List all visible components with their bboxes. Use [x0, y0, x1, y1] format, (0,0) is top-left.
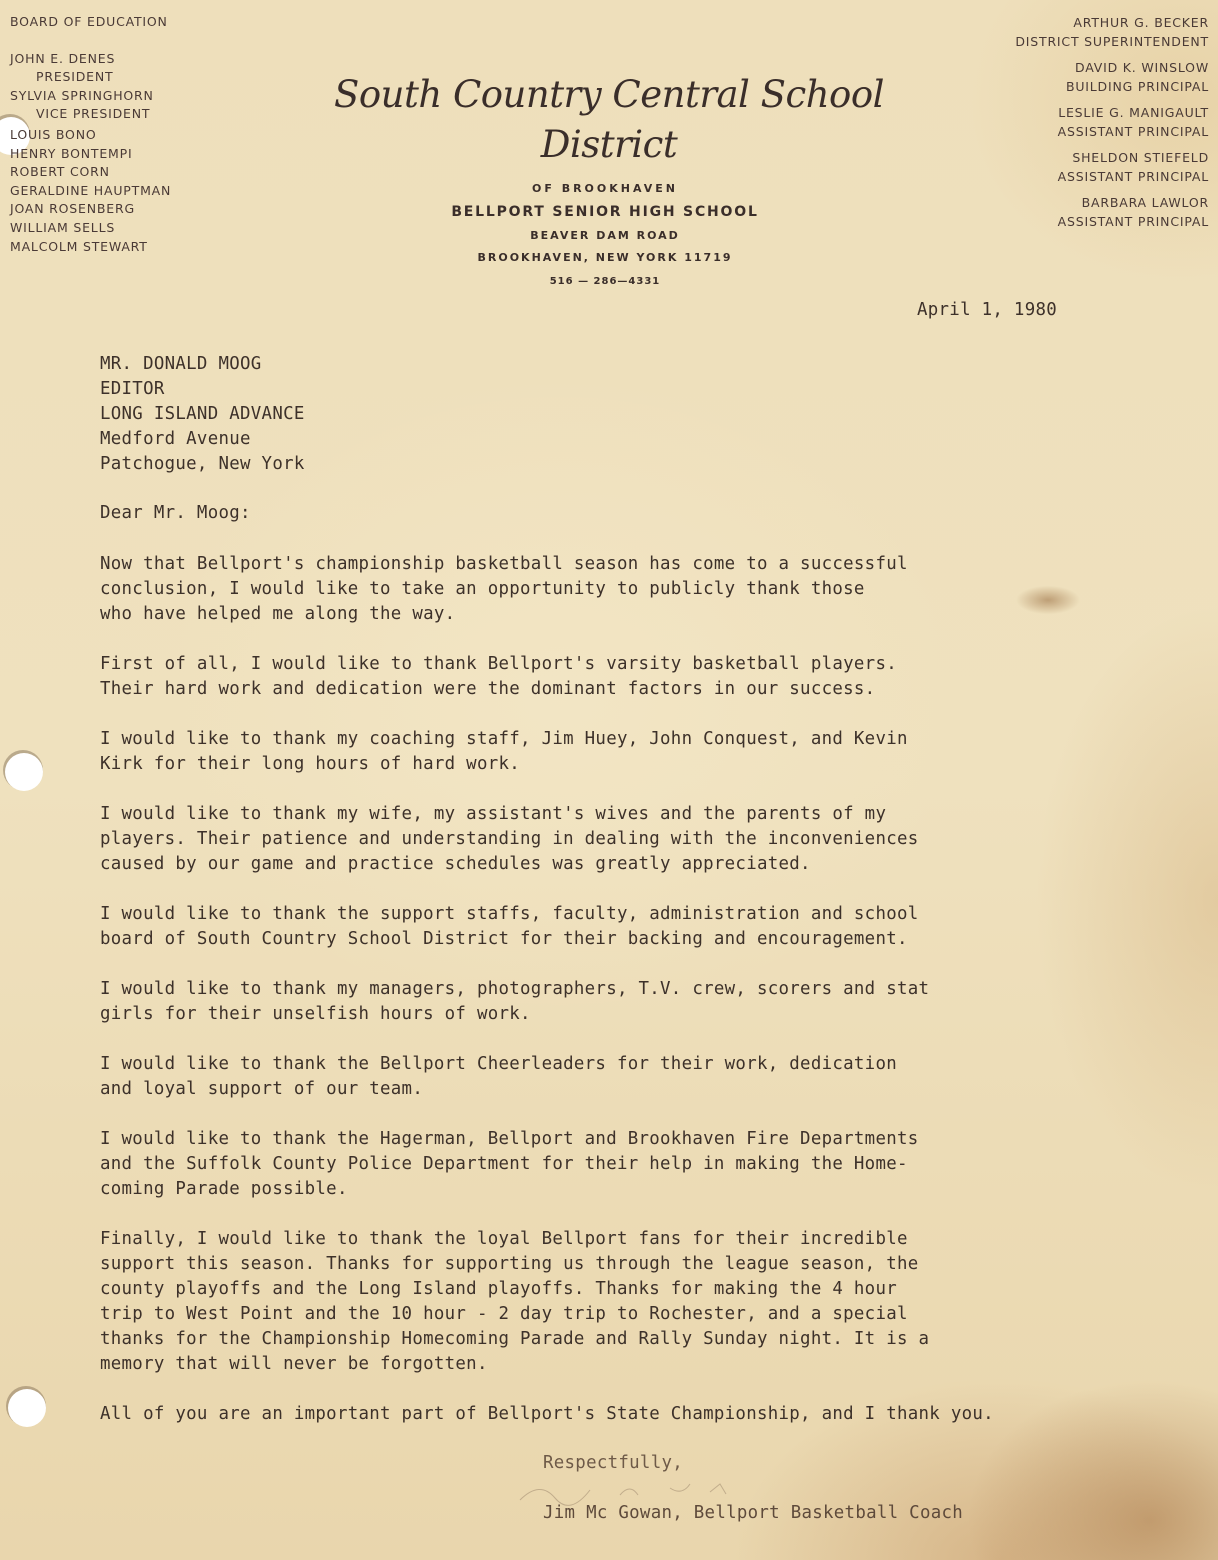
letter-body: Now that Bellport's championship basketb… — [100, 552, 1180, 1452]
admin-entry: SHELDON STIEFELD ASSISTANT PRINCIPAL — [1015, 149, 1209, 186]
school-city: BROOKHAVEN, NEW YORK 11719 — [280, 251, 930, 264]
board-member-name: ROBERT CORN — [10, 163, 171, 182]
admin-name: LESLIE G. MANIGAULT — [1015, 104, 1209, 123]
admin-entry: BARBARA LAWLOR ASSISTANT PRINCIPAL — [1015, 194, 1209, 231]
admin-entry: ARTHUR G. BECKER DISTRICT SUPERINTENDENT — [1015, 14, 1209, 51]
district-of-line: OF BROOKHAVEN — [280, 182, 930, 195]
admin-name: SHELDON STIEFELD — [1015, 149, 1209, 168]
admin-entry: DAVID K. WINSLOW BUILDING PRINCIPAL — [1015, 59, 1209, 96]
recipient-line: LONG ISLAND ADVANCE — [100, 402, 305, 427]
body-paragraph: I would like to thank my managers, photo… — [100, 977, 1180, 1027]
board-member-name: MALCOLM STEWART — [10, 238, 171, 257]
school-street: BEAVER DAM ROAD — [280, 229, 930, 242]
board-member-name: JOAN ROSENBERG — [10, 200, 171, 219]
punch-hole-middle — [5, 753, 43, 791]
board-member-name: SYLVIA SPRINGHORN — [10, 87, 171, 106]
admin-title: ASSISTANT PRINCIPAL — [1015, 213, 1209, 232]
school-phone: 516 — 286—4331 — [280, 276, 930, 287]
body-paragraph: Now that Bellport's championship basketb… — [100, 552, 1180, 627]
admin-title: DISTRICT SUPERINTENDENT — [1015, 33, 1209, 52]
board-of-education-list: BOARD OF EDUCATION JOHN E. DENES PRESIDE… — [10, 13, 171, 256]
board-member-name: WILLIAM SELLS — [10, 219, 171, 238]
admin-name: BARBARA LAWLOR — [1015, 194, 1209, 213]
body-paragraph: I would like to thank the support staffs… — [100, 902, 1180, 952]
body-paragraph: I would like to thank my coaching staff,… — [100, 727, 1180, 777]
board-member-name: HENRY BONTEMPI — [10, 145, 171, 164]
district-name: South Country Central School District — [288, 70, 930, 170]
board-member-name: LOUIS BONO — [10, 126, 171, 145]
punch-hole-bottom — [8, 1389, 46, 1427]
body-paragraph: First of all, I would like to thank Bell… — [100, 652, 1180, 702]
administration-list: ARTHUR G. BECKER DISTRICT SUPERINTENDENT… — [1015, 14, 1209, 239]
body-paragraph: I would like to thank the Bellport Cheer… — [100, 1052, 1180, 1102]
recipient-address: MR. DONALD MOOG EDITOR LONG ISLAND ADVAN… — [100, 352, 305, 477]
admin-name: ARTHUR G. BECKER — [1015, 14, 1209, 33]
admin-title: BUILDING PRINCIPAL — [1015, 78, 1209, 97]
recipient-line: Medford Avenue — [100, 427, 305, 452]
recipient-line: Patchogue, New York — [100, 452, 305, 477]
recipient-line: EDITOR — [100, 377, 305, 402]
salutation: Dear Mr. Moog: — [100, 503, 251, 523]
body-paragraph: I would like to thank my wife, my assist… — [100, 802, 1180, 877]
recipient-line: MR. DONALD MOOG — [100, 352, 305, 377]
body-paragraph: Finally, I would like to thank the loyal… — [100, 1227, 1180, 1377]
body-paragraph: I would like to thank the Hagerman, Bell… — [100, 1127, 1180, 1202]
body-paragraph: All of you are an important part of Bell… — [100, 1402, 1180, 1427]
signature-line: Jim Mc Gowan, Bellport Basketball Coach — [543, 1503, 963, 1523]
letter-date: April 1, 1980 — [917, 300, 1057, 320]
board-member-name: JOHN E. DENES — [10, 50, 171, 69]
board-member-title: PRESIDENT — [10, 68, 171, 87]
board-heading: BOARD OF EDUCATION — [10, 13, 171, 32]
admin-title: ASSISTANT PRINCIPAL — [1015, 123, 1209, 142]
admin-name: DAVID K. WINSLOW — [1015, 59, 1209, 78]
board-member-title: VICE PRESIDENT — [10, 105, 171, 124]
school-name: BELLPORT SENIOR HIGH SCHOOL — [280, 204, 930, 220]
admin-title: ASSISTANT PRINCIPAL — [1015, 168, 1209, 187]
board-member-name: GERALDINE HAUPTMAN — [10, 182, 171, 201]
admin-entry: LESLIE G. MANIGAULT ASSISTANT PRINCIPAL — [1015, 104, 1209, 141]
letterhead-center: South Country Central School District OF… — [280, 70, 930, 287]
